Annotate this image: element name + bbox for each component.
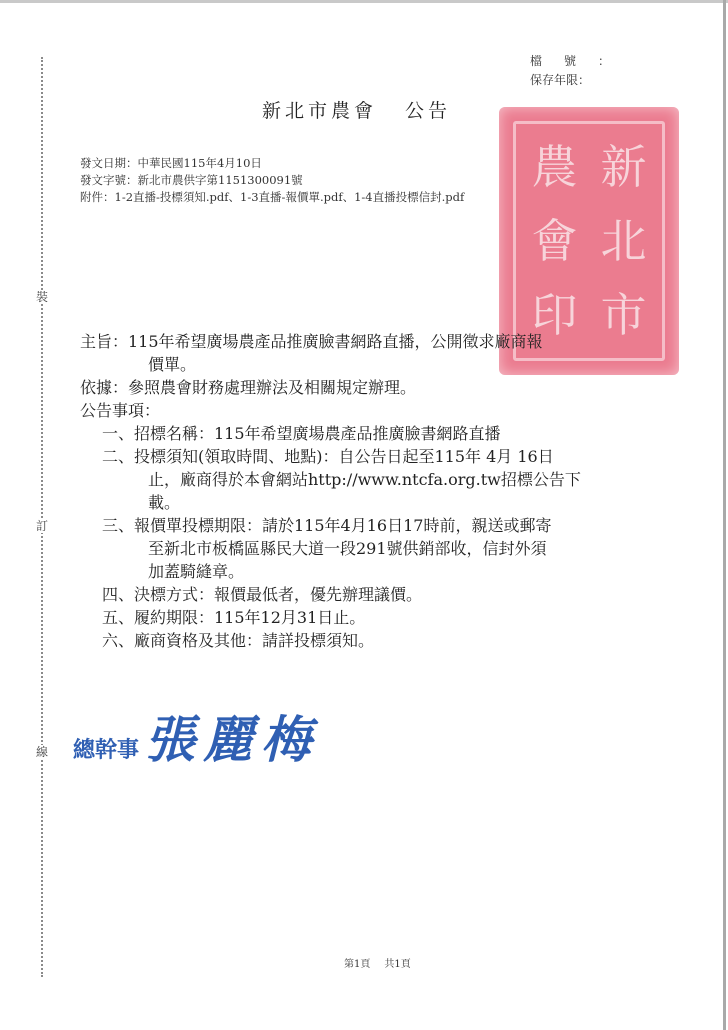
retention-period-label: 保存年限： xyxy=(530,71,590,90)
seal-char: 農 xyxy=(532,144,578,190)
scan-right-edge xyxy=(723,0,726,1030)
signatory-name: 張麗梅 xyxy=(145,700,319,772)
page-number: 第1頁 xyxy=(344,959,370,970)
basis-line: 依據：參照農會財務處理辦法及相關規定辦理。 xyxy=(80,376,581,399)
binding-mark-ding: 訂 xyxy=(31,519,53,533)
subject-line: 主旨：115年希望廣場農產品推廣臉書網路直播，公開徵求廠商報 xyxy=(80,330,581,353)
doc-number: 發文字號：新北市農供字第1151300091號 xyxy=(80,172,464,189)
list-item-cont[interactable]: 止，廠商得於本會網站http://www.ntcfa.org.tw招標公告下 xyxy=(80,468,581,491)
list-item: 五、履約期限：115年12月31日止。 xyxy=(80,606,581,629)
seal-char: 市 xyxy=(601,292,647,338)
list-item-cont: 加蓋騎縫章。 xyxy=(80,560,581,583)
seal-char: 北 xyxy=(601,218,647,264)
file-meta: 檔號： 保存年限： xyxy=(530,52,632,90)
page-footer: 第1頁共1頁 xyxy=(344,955,425,970)
page-total: 共1頁 xyxy=(384,959,410,970)
file-number-label: 檔號： xyxy=(530,52,632,71)
list-item: 四、決標方式：報價最低者，優先辦理議價。 xyxy=(80,583,581,606)
list-item: 二、投標須知(領取時間、地點)：自公告日起至115年 4月 16日 xyxy=(80,445,581,468)
title-org: 新北市農會 xyxy=(262,100,377,122)
page-title: 新北市農會公告 xyxy=(262,96,451,123)
list-item-cont: 載。 xyxy=(80,491,581,514)
title-doc-type: 公告 xyxy=(405,100,451,122)
subject-line-cont: 價單。 xyxy=(80,353,581,376)
items-heading: 公告事項： xyxy=(80,399,581,422)
issue-date: 發文日期：中華民國115年4月10日 xyxy=(80,155,464,172)
seal-char: 會 xyxy=(532,218,578,264)
document-meta: 發文日期：中華民國115年4月10日 發文字號：新北市農供字第115130009… xyxy=(80,155,464,206)
scan-top-edge xyxy=(0,0,728,3)
binding-line xyxy=(41,57,43,977)
list-item: 六、廠商資格及其他：請詳投標須知。 xyxy=(80,629,581,652)
list-item-cont: 至新北市板橋區縣民大道一段291號供銷部收，信封外須 xyxy=(80,537,581,560)
signatory-title: 總幹事 xyxy=(73,733,139,772)
announcement-body: 主旨：115年希望廣場農產品推廣臉書網路直播，公開徵求廠商報 價單。 依據：參照… xyxy=(80,330,581,652)
attachments[interactable]: 附件：1-2直播-投標須知.pdf、1-3直播-報價單.pdf、1-4直播投標信… xyxy=(80,189,464,206)
binding-mark-zhuang: 裝 xyxy=(31,290,53,304)
list-item: 三、報價單投標期限：請於115年4月16日17時前，親送或郵寄 xyxy=(80,514,581,537)
seal-char: 新 xyxy=(601,144,647,190)
signature-stamp: 總幹事 張麗梅 xyxy=(73,700,319,772)
binding-mark-xian: 線 xyxy=(31,745,53,759)
list-item: 一、招標名稱：115年希望廣場農產品推廣臉書網路直播 xyxy=(80,422,581,445)
